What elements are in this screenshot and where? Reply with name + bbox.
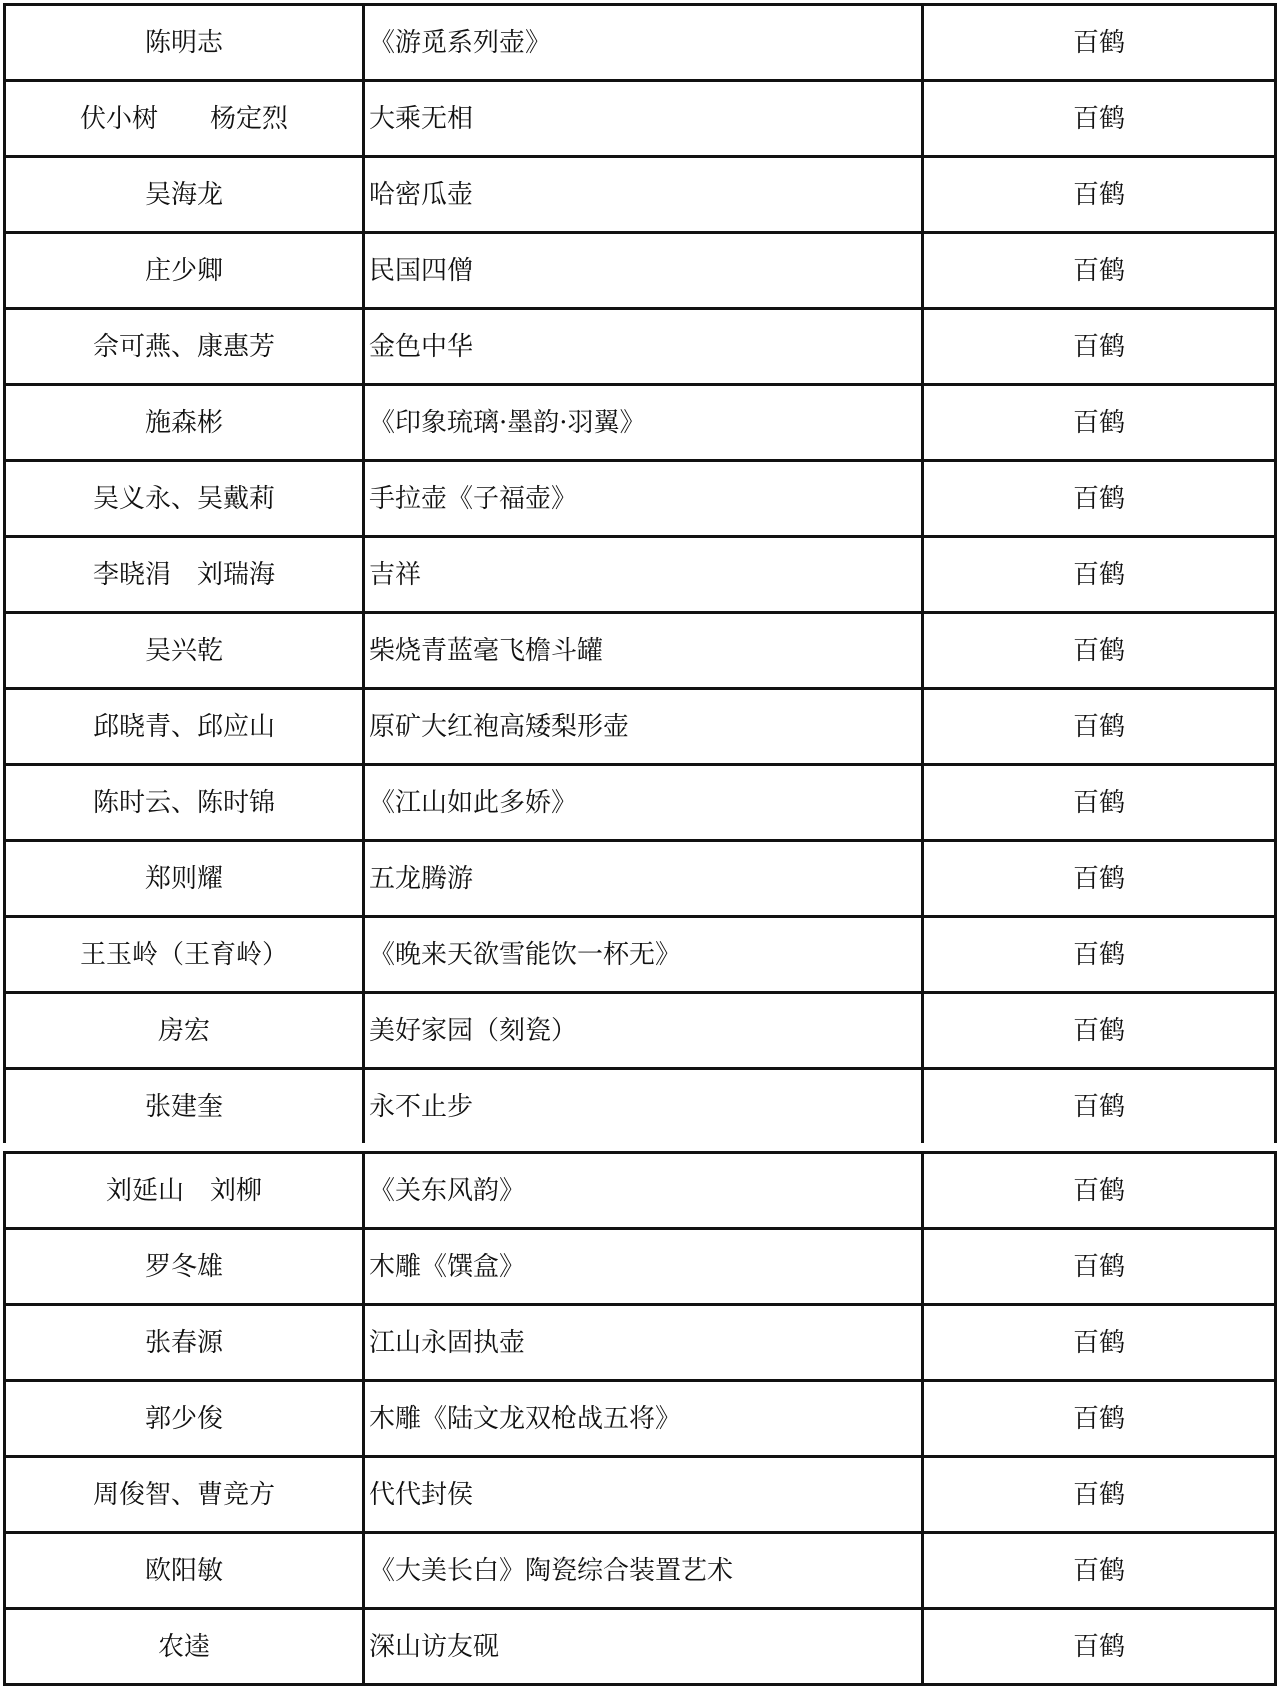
- table-row: 房宏美好家园（刻瓷）百鹤: [5, 993, 1276, 1069]
- award-cell: 百鹤: [923, 157, 1276, 233]
- work-cell: 《印象琉璃·墨韵·羽翼》: [364, 385, 923, 461]
- work-cell: 美好家园（刻瓷）: [364, 993, 923, 1069]
- artist-cell: 郭少俊: [5, 1381, 364, 1457]
- table-row: 陈时云、陈时锦《江山如此多娇》百鹤: [5, 765, 1276, 841]
- work-cell: 木雕《陆文龙双枪战五将》: [364, 1381, 923, 1457]
- award-cell: 百鹤: [923, 1381, 1276, 1457]
- artist-cell: 欧阳敏: [5, 1533, 364, 1609]
- award-table-upper: 陈明志《游觅系列壶》百鹤 伏小树 杨定烈大乘无相百鹤 吴海龙哈密瓜壶百鹤 庄少卿…: [3, 3, 1277, 1143]
- award-cell: 百鹤: [923, 1609, 1276, 1685]
- work-cell: 《游觅系列壶》: [364, 5, 923, 81]
- artist-cell: 吴兴乾: [5, 613, 364, 689]
- award-cell: 百鹤: [923, 689, 1276, 765]
- artist-cell: 陈时云、陈时锦: [5, 765, 364, 841]
- work-cell: 大乘无相: [364, 81, 923, 157]
- work-cell: 吉祥: [364, 537, 923, 613]
- table-body: 刘延山 刘柳《关东风韵》百鹤 罗冬雄木雕《馔盒》百鹤 张春源江山永固执壶百鹤 郭…: [5, 1153, 1276, 1685]
- artist-cell: 张建奎: [5, 1069, 364, 1144]
- award-cell: 百鹤: [923, 461, 1276, 537]
- table-row: 农逵深山访友砚百鹤: [5, 1609, 1276, 1685]
- award-cell: 百鹤: [923, 613, 1276, 689]
- work-cell: 柴烧青蓝毫飞檐斗罐: [364, 613, 923, 689]
- artist-cell: 房宏: [5, 993, 364, 1069]
- award-cell: 百鹤: [923, 917, 1276, 993]
- table-row: 陈明志《游觅系列壶》百鹤: [5, 5, 1276, 81]
- work-cell: 江山永固执壶: [364, 1305, 923, 1381]
- table-row: 张春源江山永固执壶百鹤: [5, 1305, 1276, 1381]
- table-row: 吴兴乾柴烧青蓝毫飞檐斗罐百鹤: [5, 613, 1276, 689]
- table-row: 佘可燕、康惠芳金色中华百鹤: [5, 309, 1276, 385]
- award-cell: 百鹤: [923, 309, 1276, 385]
- award-cell: 百鹤: [923, 537, 1276, 613]
- work-cell: 木雕《馔盒》: [364, 1229, 923, 1305]
- award-cell: 百鹤: [923, 1457, 1276, 1533]
- award-cell: 百鹤: [923, 1153, 1276, 1229]
- table-row: 王玉岭（王育岭）《晚来天欲雪能饮一杯无》百鹤: [5, 917, 1276, 993]
- table-row: 郭少俊木雕《陆文龙双枪战五将》百鹤: [5, 1381, 1276, 1457]
- work-cell: 原矿大红袍高矮梨形壶: [364, 689, 923, 765]
- award-cell: 百鹤: [923, 993, 1276, 1069]
- artist-cell: 李晓涓 刘瑞海: [5, 537, 364, 613]
- award-cell: 百鹤: [923, 1533, 1276, 1609]
- table-row: 吴义永、吴戴莉手拉壶《子福壶》百鹤: [5, 461, 1276, 537]
- award-cell: 百鹤: [923, 1305, 1276, 1381]
- artist-cell: 王玉岭（王育岭）: [5, 917, 364, 993]
- table-row: 伏小树 杨定烈大乘无相百鹤: [5, 81, 1276, 157]
- work-cell: 金色中华: [364, 309, 923, 385]
- table-row: 李晓涓 刘瑞海吉祥百鹤: [5, 537, 1276, 613]
- artist-cell: 郑则耀: [5, 841, 364, 917]
- award-table-lower: 刘延山 刘柳《关东风韵》百鹤 罗冬雄木雕《馔盒》百鹤 张春源江山永固执壶百鹤 郭…: [3, 1151, 1277, 1686]
- table-body: 陈明志《游觅系列壶》百鹤 伏小树 杨定烈大乘无相百鹤 吴海龙哈密瓜壶百鹤 庄少卿…: [5, 5, 1276, 1144]
- award-cell: 百鹤: [923, 5, 1276, 81]
- artist-cell: 邱晓青、邱应山: [5, 689, 364, 765]
- award-cell: 百鹤: [923, 765, 1276, 841]
- artist-cell: 施森彬: [5, 385, 364, 461]
- work-cell: 民国四僧: [364, 233, 923, 309]
- award-cell: 百鹤: [923, 233, 1276, 309]
- artist-cell: 周俊智、曹竞方: [5, 1457, 364, 1533]
- award-cell: 百鹤: [923, 81, 1276, 157]
- table-row: 吴海龙哈密瓜壶百鹤: [5, 157, 1276, 233]
- work-cell: 《大美长白》陶瓷综合装置艺术: [364, 1533, 923, 1609]
- work-cell: 永不止步: [364, 1069, 923, 1144]
- artist-cell: 张春源: [5, 1305, 364, 1381]
- table-row: 郑则耀五龙腾游百鹤: [5, 841, 1276, 917]
- work-cell: 深山访友砚: [364, 1609, 923, 1685]
- artist-cell: 农逵: [5, 1609, 364, 1685]
- artist-cell: 庄少卿: [5, 233, 364, 309]
- table-row: 施森彬《印象琉璃·墨韵·羽翼》百鹤: [5, 385, 1276, 461]
- work-cell: 手拉壶《子福壶》: [364, 461, 923, 537]
- table-row: 刘延山 刘柳《关东风韵》百鹤: [5, 1153, 1276, 1229]
- table-row: 庄少卿民国四僧百鹤: [5, 233, 1276, 309]
- artist-cell: 佘可燕、康惠芳: [5, 309, 364, 385]
- artist-cell: 吴海龙: [5, 157, 364, 233]
- artist-cell: 陈明志: [5, 5, 364, 81]
- table-row: 罗冬雄木雕《馔盒》百鹤: [5, 1229, 1276, 1305]
- award-cell: 百鹤: [923, 1069, 1276, 1144]
- work-cell: 《晚来天欲雪能饮一杯无》: [364, 917, 923, 993]
- artist-cell: 伏小树 杨定烈: [5, 81, 364, 157]
- artist-cell: 罗冬雄: [5, 1229, 364, 1305]
- award-cell: 百鹤: [923, 841, 1276, 917]
- work-cell: 代代封侯: [364, 1457, 923, 1533]
- work-cell: 《关东风韵》: [364, 1153, 923, 1229]
- table-row: 邱晓青、邱应山原矿大红袍高矮梨形壶百鹤: [5, 689, 1276, 765]
- artist-cell: 刘延山 刘柳: [5, 1153, 364, 1229]
- table-row: 张建奎永不止步百鹤: [5, 1069, 1276, 1144]
- award-cell: 百鹤: [923, 1229, 1276, 1305]
- work-cell: 哈密瓜壶: [364, 157, 923, 233]
- artist-cell: 吴义永、吴戴莉: [5, 461, 364, 537]
- work-cell: 五龙腾游: [364, 841, 923, 917]
- table-row: 欧阳敏《大美长白》陶瓷综合装置艺术百鹤: [5, 1533, 1276, 1609]
- table-row: 周俊智、曹竞方代代封侯百鹤: [5, 1457, 1276, 1533]
- award-cell: 百鹤: [923, 385, 1276, 461]
- work-cell: 《江山如此多娇》: [364, 765, 923, 841]
